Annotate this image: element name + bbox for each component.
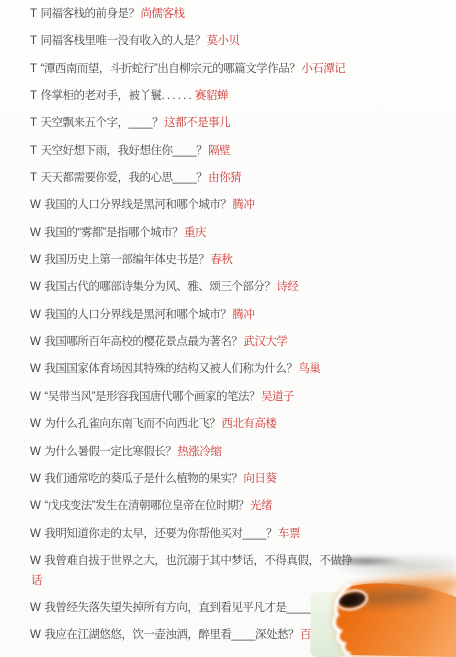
- question-prefix: W: [30, 227, 40, 239]
- question-prefix: W: [30, 555, 40, 567]
- quiz-item: W我国国家体育场因其特殊的结构又被人们称为什么？鸟巢: [30, 356, 452, 383]
- quiz-item: T天空飘来五个字，____？这都不是事儿: [30, 110, 452, 137]
- quiz-item: W我国历史上第一部编年体史书是？春秋: [30, 247, 452, 274]
- answer-text: 车票: [278, 528, 300, 540]
- question-prefix: W: [30, 281, 40, 293]
- question-text: 我国历史上第一部编年体史书是？: [44, 254, 209, 266]
- question-text: 为什么暑假一定比寒假长？: [44, 446, 176, 458]
- answer-text: 鸟巢: [298, 363, 320, 375]
- answer-text: 西北有高楼: [221, 418, 276, 430]
- quiz-item: T同福客栈里唯一没有收入的人是？莫小贝: [30, 28, 452, 55]
- question-prefix: T: [30, 90, 37, 102]
- question-prefix: W: [30, 391, 40, 403]
- answer-text: 这都不是事儿: [164, 117, 230, 129]
- answer-text: 腾冲: [232, 199, 254, 211]
- answer-text: 腾冲: [232, 309, 254, 321]
- question-prefix: T: [30, 145, 37, 157]
- question-prefix: T: [30, 117, 37, 129]
- question-text: 天空飘来五个字，____？: [41, 117, 164, 129]
- answer-text: 隔壁: [208, 145, 230, 157]
- question-text: 我国的人口分界线是黑河和哪个城市？: [44, 199, 231, 211]
- answer-text: 热涨冷缩: [177, 446, 221, 458]
- question-text: 为什么孔雀向东南飞而不向西北飞？: [44, 418, 220, 430]
- quiz-page[interactable]: T同福客栈的前身是？尚儒客栈T同福客栈里唯一没有收入的人是？莫小贝T“潭西南而望…: [0, 0, 456, 657]
- question-prefix: W: [30, 473, 40, 485]
- question-prefix: W: [30, 500, 40, 512]
- question-text: 佟掌柜的老对手，被丫鬟. . . . . .: [41, 90, 194, 102]
- question-prefix: T: [30, 63, 37, 75]
- quiz-item: W我国的人口分界线是黑河和哪个城市？腾冲: [30, 302, 452, 329]
- quiz-item: W我国的“雾都”是指哪个城市？重庆: [30, 220, 452, 247]
- answer-text: 重庆: [184, 227, 206, 239]
- answer-text: 武汉大学: [243, 336, 287, 348]
- question-prefix: W: [30, 602, 40, 614]
- question-text: 我国的人口分界线是黑河和哪个城市？: [44, 309, 231, 321]
- answer-text: 向日葵: [243, 473, 276, 485]
- answer-text: 光绪: [250, 500, 272, 512]
- question-text: 我国哪所百年高校的樱花景点最为著名？: [44, 336, 242, 348]
- answer-text: 百花: [300, 629, 322, 641]
- question-prefix: T: [30, 172, 37, 184]
- question-prefix: W: [30, 336, 40, 348]
- quiz-item: W我明知道你走的太早，还要为你帮他买对____？车票: [30, 521, 452, 548]
- question-text: 我曾难自拔于世界之大，也沉溺于其中梦话，不得真假，不做挣: [44, 555, 352, 567]
- answer-text: 小石潭记: [301, 63, 345, 75]
- quiz-item: W我国的人口分界线是黑河和哪个城市？腾冲: [30, 192, 452, 219]
- question-prefix: W: [30, 446, 40, 458]
- question-prefix: T: [30, 8, 37, 20]
- quiz-item: W“戊戌变法”发生在清朝哪位皇帝在位时期？光绪: [30, 493, 452, 520]
- quiz-item: W“吴带当风”是形容我国唐代哪个画家的笔法？吴道子: [30, 384, 452, 411]
- quiz-item: W为什么孔雀向东南飞而不向西北飞？西北有高楼: [30, 411, 452, 438]
- question-text: 我国国家体育场因其特殊的结构又被人们称为什么？: [44, 363, 297, 375]
- question-text: 同福客栈的前身是？: [41, 8, 140, 20]
- answer-text: 尚儒客栈: [141, 8, 185, 20]
- question-text: 我们通常吃的葵瓜子是什么植物的果实？: [44, 473, 242, 485]
- question-text: 同福客栈里唯一没有收入的人是？: [41, 35, 206, 47]
- answer-text: 赛貂蝉: [195, 90, 228, 102]
- question-text: 我国的“雾都”是指哪个城市？: [44, 227, 183, 239]
- question-text: 天天都需要你爱，我的心思____？: [41, 172, 208, 184]
- question-prefix: W: [30, 199, 40, 211]
- quiz-item: W我国古代的哪部诗集分为风、雅、颂三个部分？诗经: [30, 274, 452, 301]
- quiz-item: T同福客栈的前身是？尚儒客栈: [30, 1, 452, 28]
- quiz-item: T佟掌柜的老对手，被丫鬟. . . . . . 赛貂蝉: [30, 83, 452, 110]
- question-prefix: W: [30, 363, 40, 375]
- question-prefix: W: [30, 254, 40, 266]
- question-text: 我国古代的哪部诗集分为风、雅、颂三个部分？: [44, 281, 275, 293]
- quiz-item: T天空好想下雨，我好想住你____？隔壁: [30, 138, 452, 165]
- quiz-item: W为什么暑假一定比寒假长？热涨冷缩: [30, 439, 452, 466]
- question-text: 我曾经失落失望失掉所有方向，直到看见平凡才是____的: [44, 602, 321, 614]
- question-prefix: W: [30, 629, 40, 641]
- question-text: “潭西南而望，斗折蛇行”出自柳宗元的哪篇文学作品？: [41, 63, 301, 75]
- question-text: 我明知道你走的太早，还要为你帮他买对____？: [44, 528, 277, 540]
- question-text: 天空好想下雨，我好想住你____？: [41, 145, 208, 157]
- answer-text: 吴道子: [261, 391, 294, 403]
- quiz-item: T天天都需要你爱，我的心思____？由你猜: [30, 165, 452, 192]
- question-prefix: W: [30, 528, 40, 540]
- question-text: “吴带当风”是形容我国唐代哪个画家的笔法？: [44, 391, 260, 403]
- question-prefix: T: [30, 35, 37, 47]
- quiz-item: W我曾难自拔于世界之大，也沉溺于其中梦话，不得真假，不做挣话: [30, 548, 452, 595]
- quiz-item: W我曾经失落失望失掉所有方向，直到看见平凡才是____的: [30, 595, 452, 622]
- quiz-item: W我应在江湖悠悠，饮一壶浊酒，醉里看____深处愁？百花: [30, 622, 452, 649]
- answer-text: 春秋: [210, 254, 232, 266]
- answer-text: 由你猜: [208, 172, 241, 184]
- quiz-item: W我们通常吃的葵瓜子是什么植物的果实？向日葵: [30, 466, 452, 493]
- quiz-list: T同福客栈的前身是？尚儒客栈T同福客栈里唯一没有收入的人是？莫小贝T“潭西南而望…: [0, 1, 456, 650]
- question-prefix: W: [30, 418, 40, 430]
- answer-text: 诗经: [276, 281, 298, 293]
- answer-text: 话: [31, 572, 452, 591]
- question-prefix: W: [30, 309, 40, 321]
- answer-text: 莫小贝: [207, 35, 240, 47]
- quiz-item: W我国哪所百年高校的樱花景点最为著名？武汉大学: [30, 329, 452, 356]
- question-text: “戊戌变法”发生在清朝哪位皇帝在位时期？: [44, 500, 249, 512]
- quiz-item: T“潭西南而望，斗折蛇行”出自柳宗元的哪篇文学作品？小石潭记: [30, 56, 452, 83]
- question-text: 我应在江湖悠悠，饮一壶浊酒，醉里看____深处愁？: [44, 629, 299, 641]
